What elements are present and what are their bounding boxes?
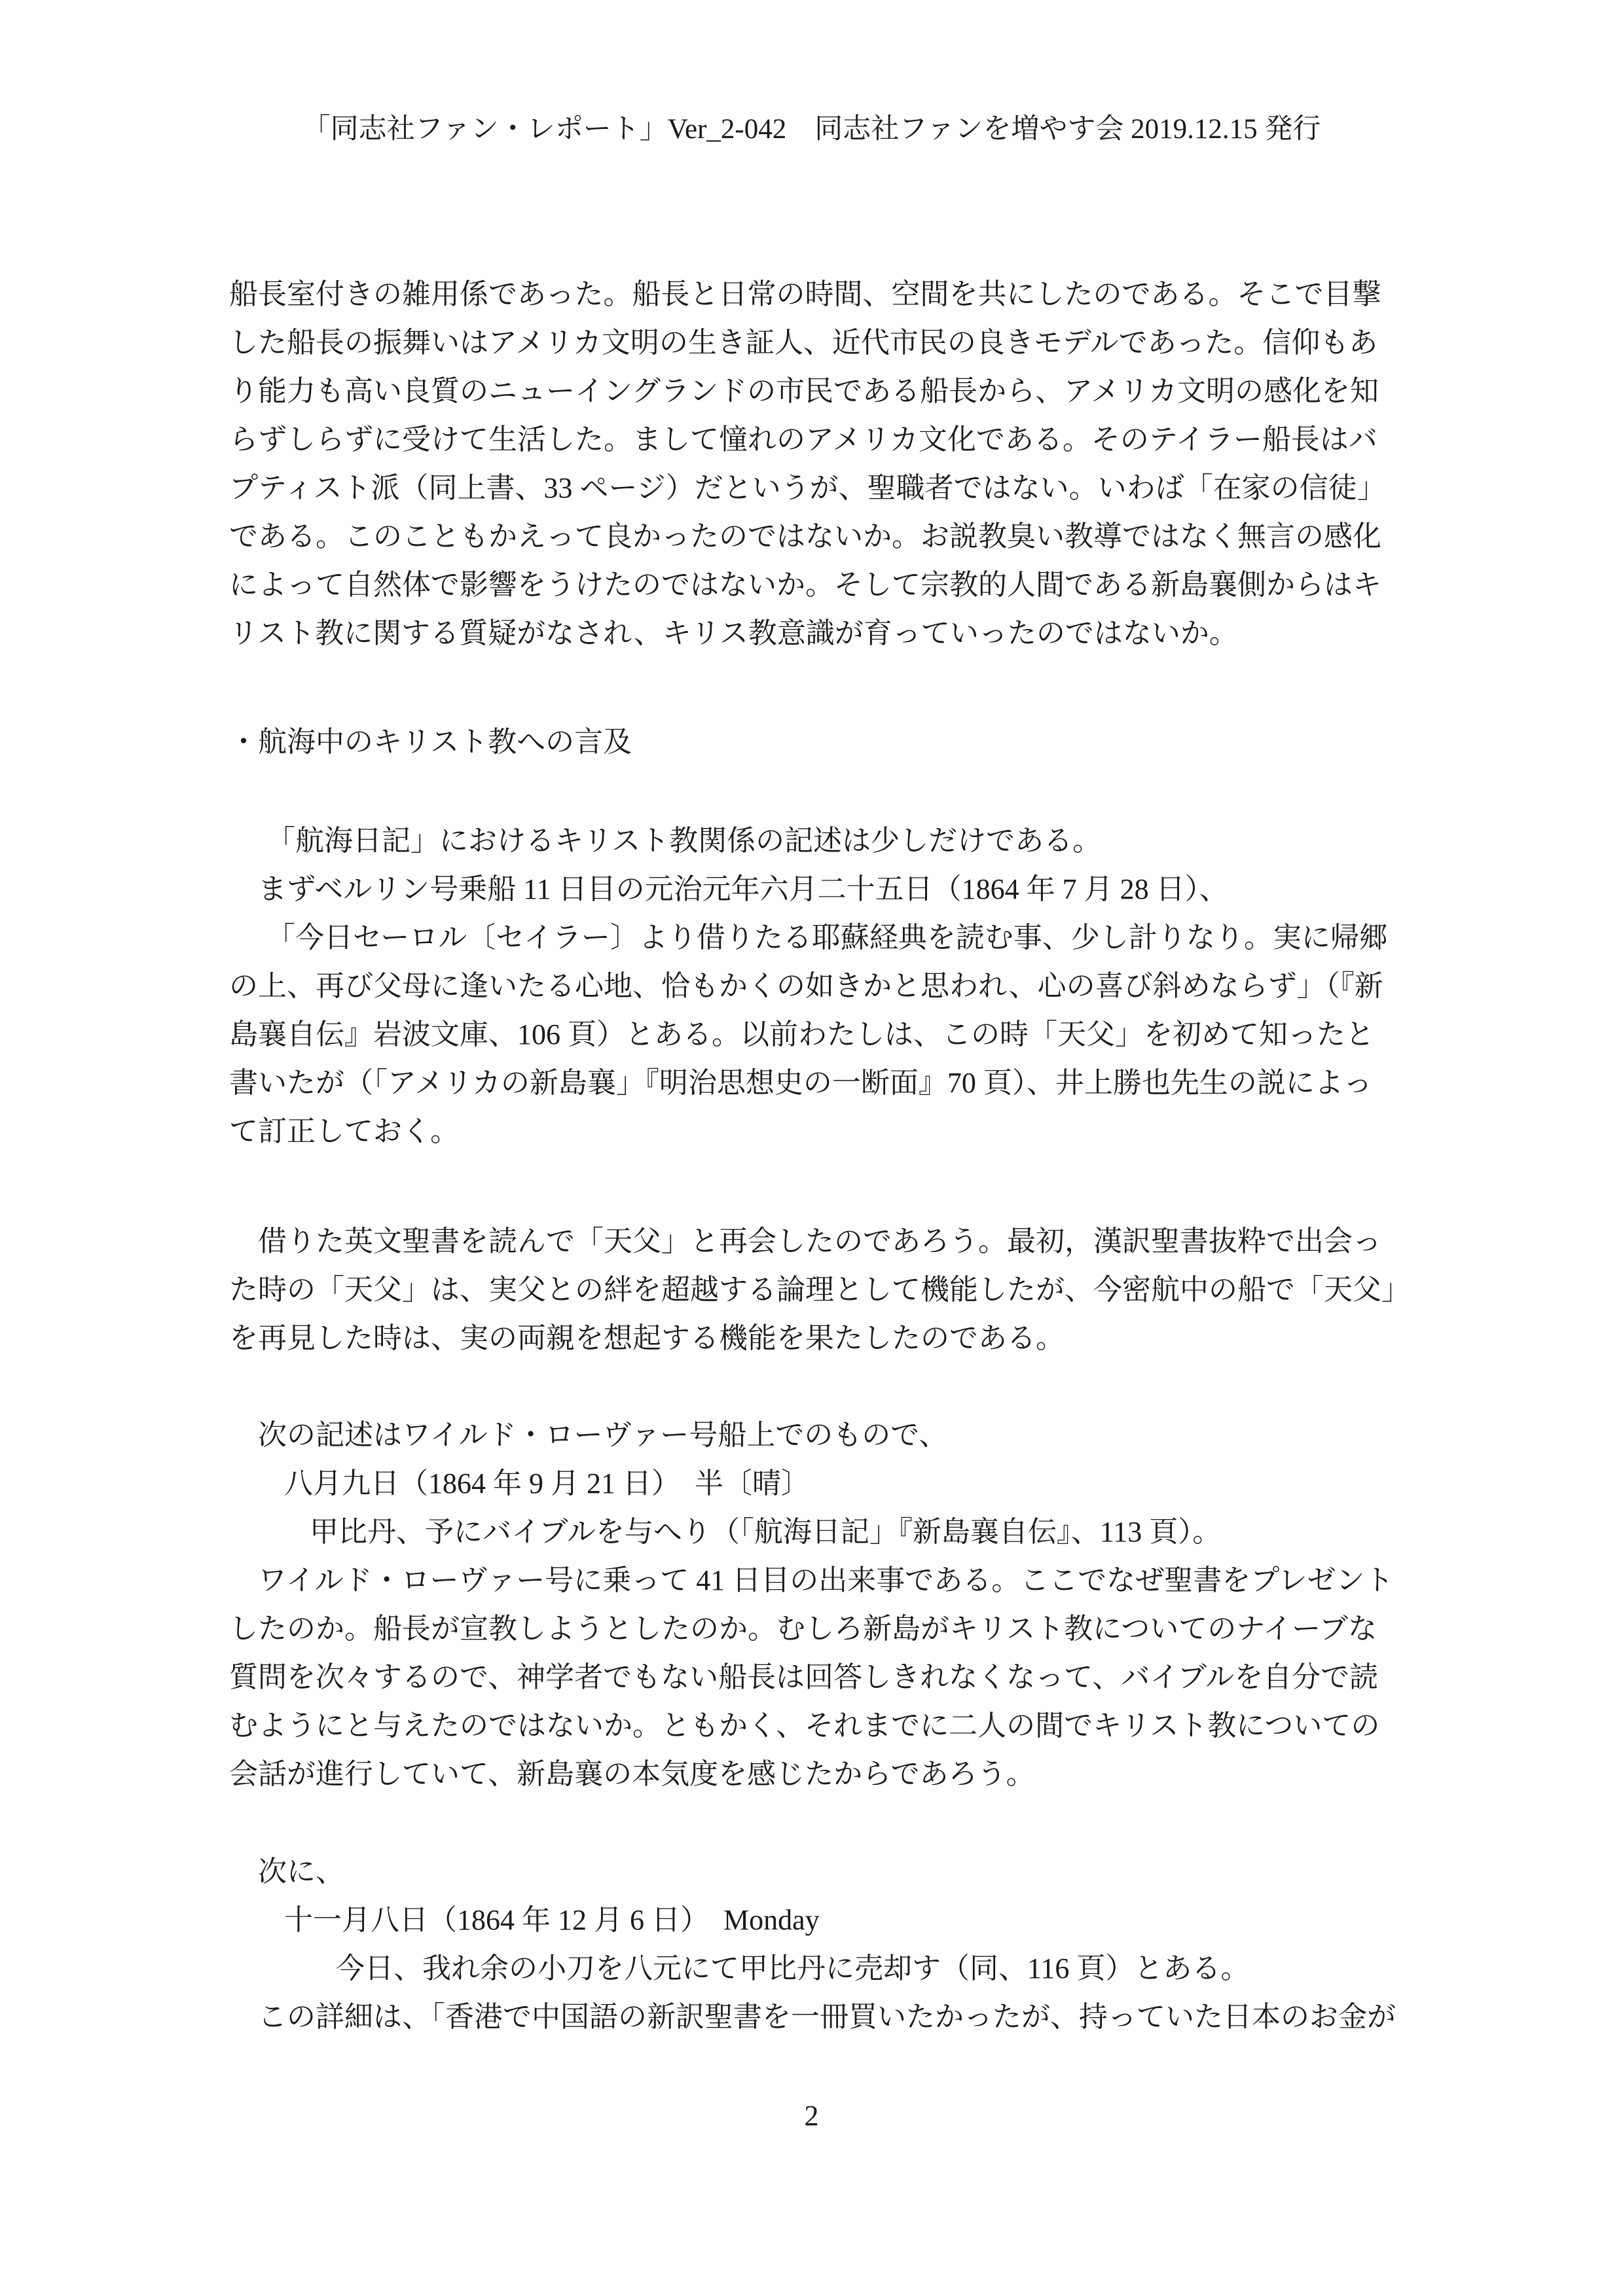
- text-line: 会話が進行していて、新島襄の本気度を感じたからであろう。: [229, 1750, 1397, 1799]
- text-line: した船長の振舞いはアメリカ文明の生き証人、近代市民の良きモデルであった。信仰もあ: [229, 319, 1397, 367]
- text-line: リスト教に関する質疑がなされ、キリス教意識が育っていったのではないか。: [229, 609, 1397, 658]
- text-line: 質問を次々するので、神学者でもない船長は回答しきれなくなって、バイブルを自分で読: [229, 1653, 1397, 1702]
- text-line: ワイルド・ローヴァー号に乗って 41 日目の出来事である。ここでなぜ聖書をプレゼ…: [229, 1556, 1397, 1605]
- paragraph-5: 次に、 十一月八日（1864 年 12 月 6 日） Monday 今日、我れ余…: [229, 1848, 1397, 2041]
- text-line: 借りた英文聖書を読んで「天父」と再会したのであろう。最初，漢訳聖書抜粋で出会っ: [229, 1217, 1397, 1266]
- text-line: である。このこともかえって良かったのではないか。お説教臭い教導ではなく無言の感化: [229, 512, 1397, 561]
- text-line: 「今日セーロル〔セイラー〕より借りたる耶蘇経典を読む事、少し計りなり。実に帰郷: [229, 914, 1397, 962]
- text-line: むようにと与えたのではないか。ともかく、それまでに二人の間でキリスト教についての: [229, 1702, 1397, 1750]
- document-body: 船長室付きの雑用係であった。船長と日常の時間、空間を共にしたのである。そこで目撃…: [229, 270, 1397, 2041]
- text-line: らずしらずに受けて生活した。まして憧れのアメリカ文化である。そのテイラー船長はバ: [229, 416, 1397, 464]
- text-line: 八月九日（1864 年 9 月 21 日） 半〔晴〕: [229, 1460, 1397, 1508]
- text-line: プティスト派（同上書、33 ページ）だというが、聖職者ではない。いわば「在家の信…: [229, 464, 1397, 512]
- text-line: 次の記述はワイルド・ローヴァー号船上でのもので、: [229, 1411, 1397, 1460]
- text-line: 島襄自伝』岩波文庫、106 頁）とある。以前わたしは、この時「天父」を初めて知っ…: [229, 1011, 1397, 1059]
- text-line: 今日、我れ余の小刀を八元にて甲比丹に売却す（同、116 頁）とある。: [229, 1945, 1397, 1993]
- page-number: 2: [0, 2092, 1623, 2140]
- text-line: 書いたが（「アメリカの新島襄」『明治思想史の一断面』70 頁）、井上勝也先生の説…: [229, 1059, 1397, 1107]
- text-line: の上、再び父母に逢いたる心地、恰もかくの如きかと思われ、心の喜び斜めならず」（『…: [229, 962, 1397, 1011]
- text-line: り能力も高い良質のニューイングランドの市民である船長から、アメリカ文明の感化を知: [229, 367, 1397, 416]
- text-line: て訂正しておく。: [229, 1107, 1397, 1156]
- paragraph-2: 「航海日記」におけるキリスト教関係の記述は少しだけである。 まずベルリン号乗船 …: [229, 817, 1397, 1156]
- paragraph-3: 借りた英文聖書を読んで「天父」と再会したのであろう。最初，漢訳聖書抜粋で出会っ …: [229, 1217, 1397, 1363]
- document-header: 「同志社ファン・レポート」Ver_2-042 同志社ファンを増やす会 2019.…: [0, 110, 1623, 149]
- section-heading: ・航海中のキリスト教への言及: [229, 718, 1397, 766]
- text-line: 十一月八日（1864 年 12 月 6 日） Monday: [229, 1896, 1397, 1945]
- text-line: 甲比丹、予にバイブルを与へり（「航海日記」『新島襄自伝』、113 頁）。: [229, 1508, 1397, 1556]
- paragraph-1: 船長室付きの雑用係であった。船長と日常の時間、空間を共にしたのである。そこで目撃…: [229, 270, 1397, 658]
- text-line: 船長室付きの雑用係であった。船長と日常の時間、空間を共にしたのである。そこで目撃: [229, 270, 1397, 319]
- text-line: まずベルリン号乗船 11 日目の元治元年六月二十五日（1864 年 7 月 28…: [229, 865, 1397, 914]
- text-line: この詳細は、「香港で中国語の新訳聖書を一冊買いたかったが、持っていた日本のお金が: [229, 1993, 1397, 2041]
- text-line: によって自然体で影響をうけたのではないか。そして宗教的人間である新島襄側からはキ: [229, 561, 1397, 609]
- document-page: 「同志社ファン・レポート」Ver_2-042 同志社ファンを増やす会 2019.…: [0, 0, 1623, 2296]
- paragraph-4: 次の記述はワイルド・ローヴァー号船上でのもので、 八月九日（1864 年 9 月…: [229, 1411, 1397, 1799]
- text-line: したのか。船長が宣教しようとしたのか。むしろ新島がキリスト教についてのナイーブな: [229, 1605, 1397, 1653]
- text-line: 次に、: [229, 1848, 1397, 1896]
- text-line: 「航海日記」におけるキリスト教関係の記述は少しだけである。: [229, 817, 1397, 865]
- text-line: た時の「天父」は、実父との絆を超越する論理として機能したが、今密航中の船で「天父…: [229, 1266, 1397, 1314]
- text-line: を再見した時は、実の両親を想起する機能を果たしたのである。: [229, 1314, 1397, 1363]
